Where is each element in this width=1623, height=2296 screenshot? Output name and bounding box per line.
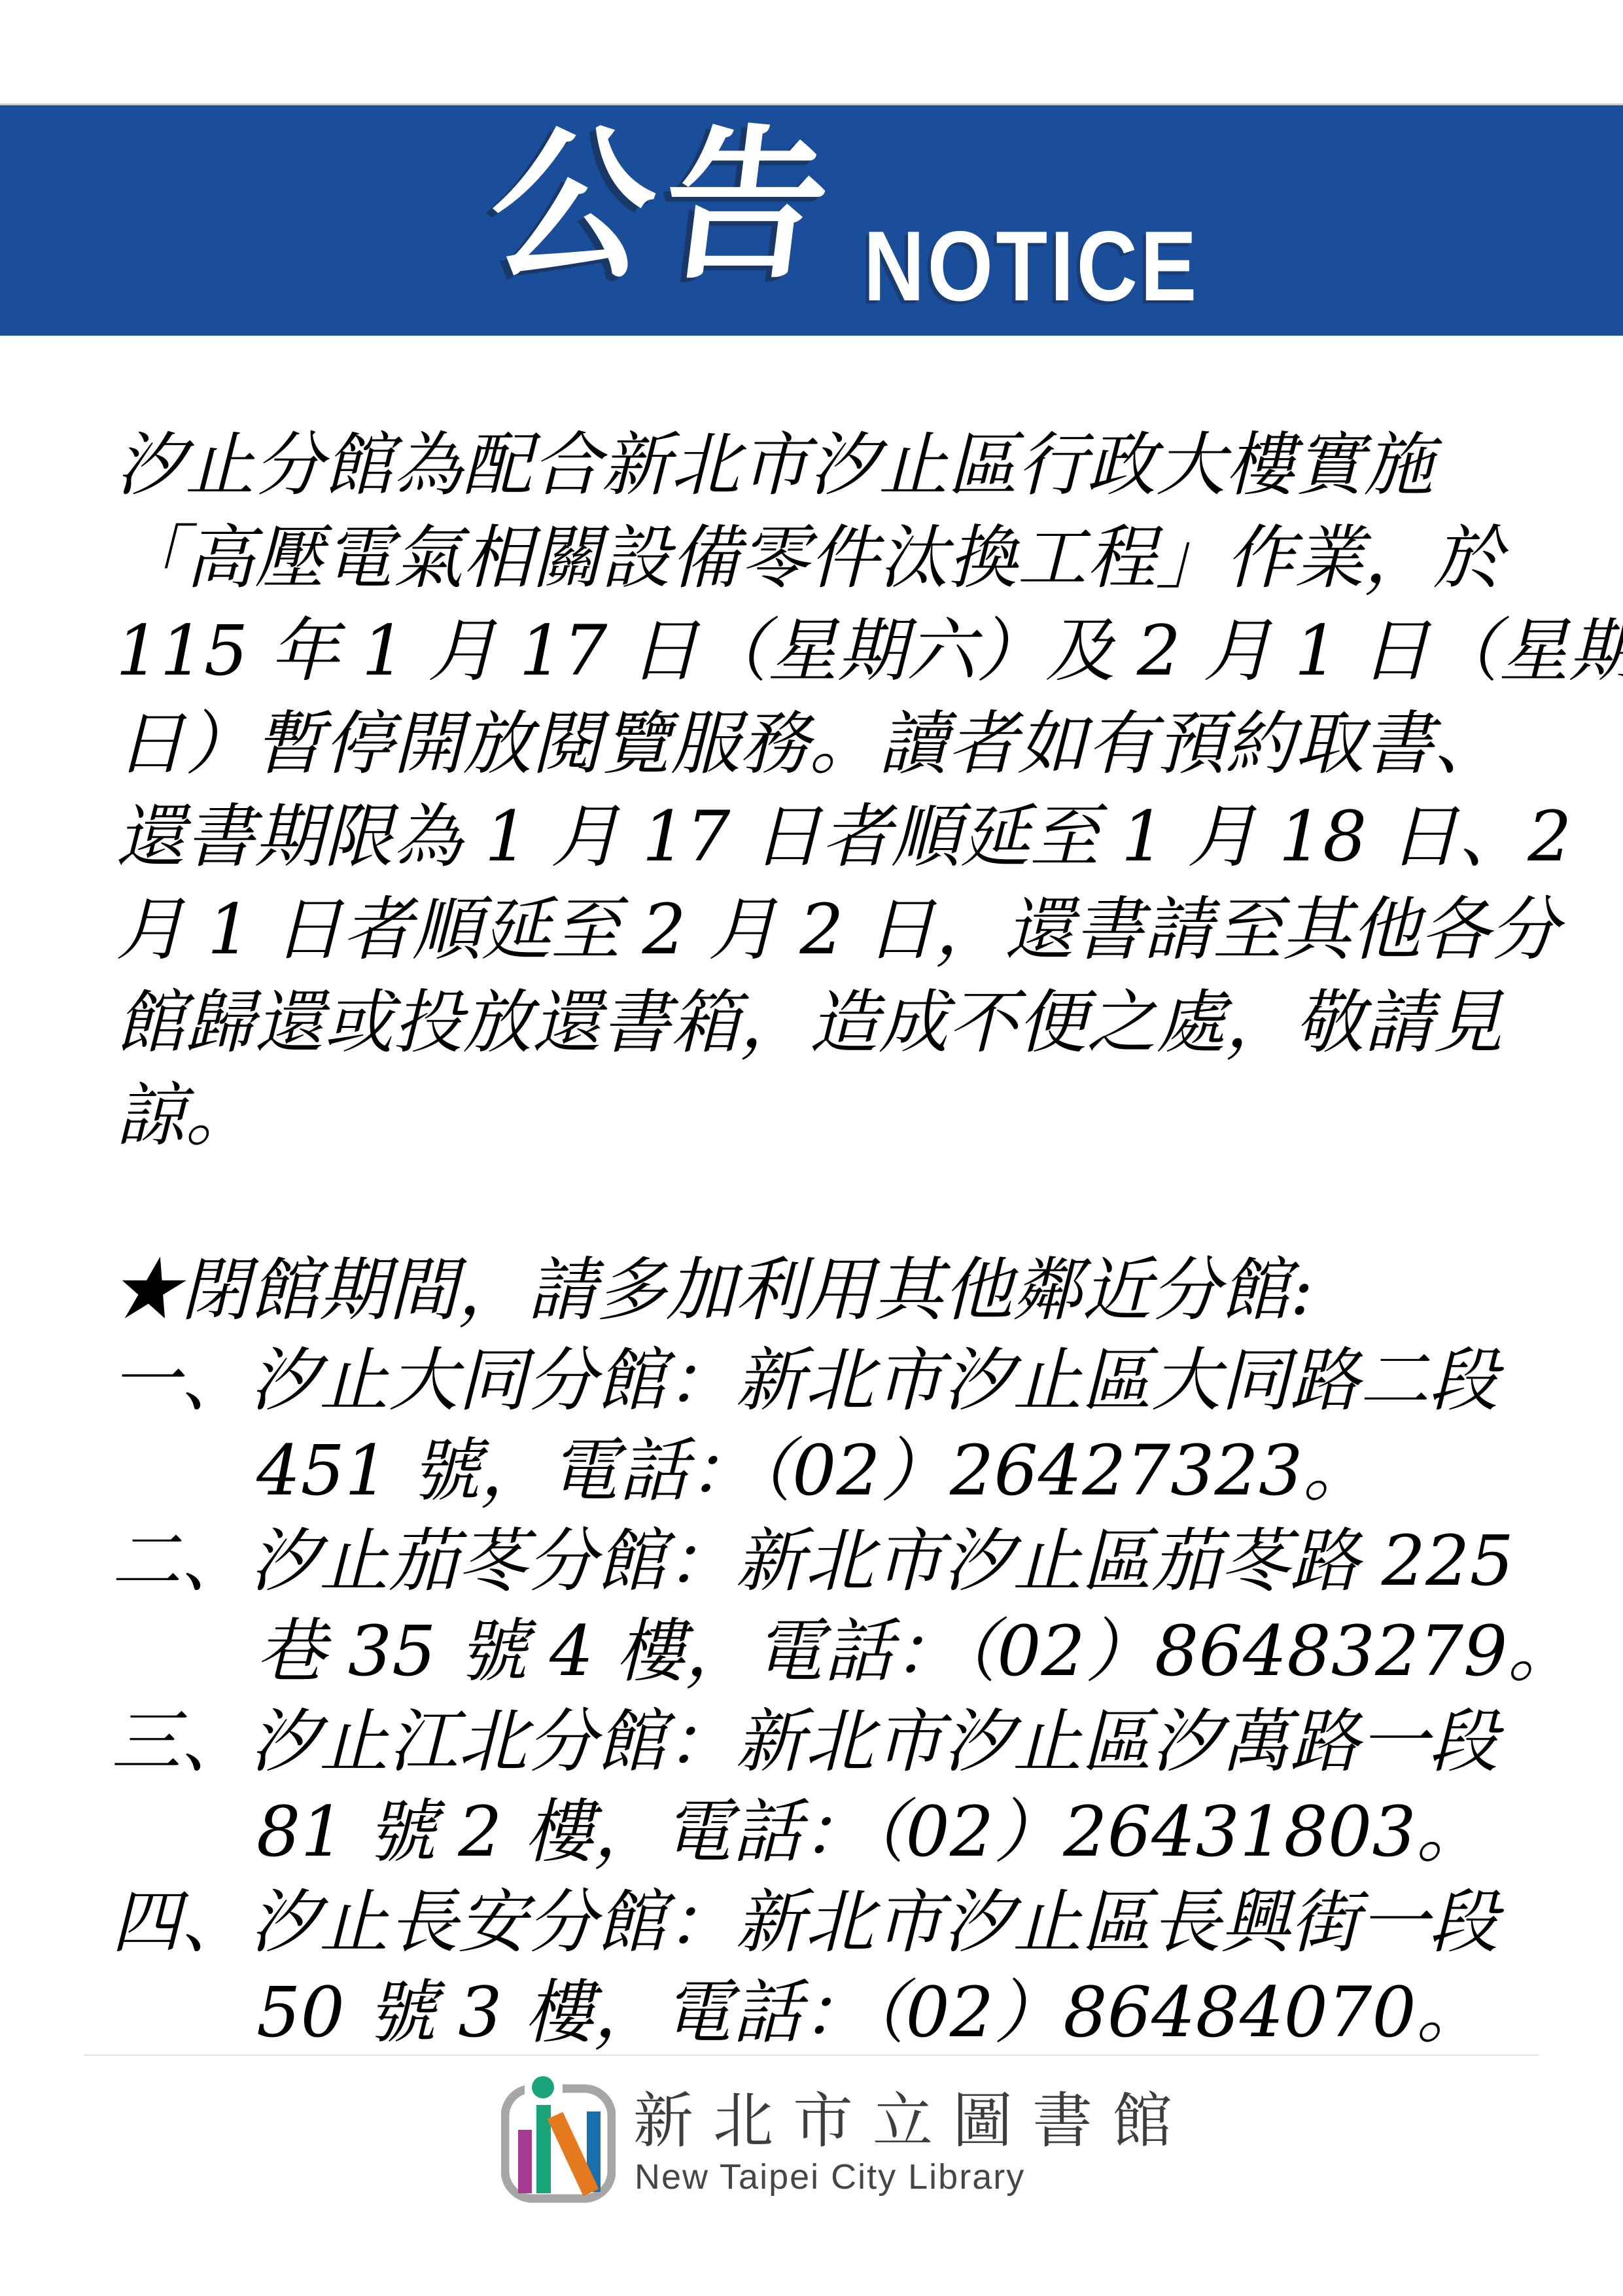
library-name-en: New Taipei City Library [635,2158,1025,2196]
footer-divider [84,2055,1539,2056]
paragraph-line: 還書期限為 1 月 17 日者順延至 1 月 18 日、2 [116,790,1623,883]
branch-line-continuation: 50 號 3 樓，電話：（02）86484070。 [111,1968,1577,2058]
banner-title-cjk: 公告 [481,121,847,291]
branch-line: 四、汐止長安分館：新北市汐止區長興街一段 [111,1877,1577,1968]
closure-header: ★閉館期間，請多加利用其他鄰近分館: [111,1245,1577,1335]
branch-line: 二、汐止茄苳分館：新北市汐止區茄苳路 225 [111,1516,1577,1606]
paragraph-line: 115 年 1 月 17 日（星期六）及 2 月 1 日（星期 [116,605,1623,698]
notice-page: 公告 NOTICE 汐止分館為配合新北市汐止區行政大樓實施 「高壓電氣相關設備零… [0,0,1623,2296]
branch-list: ★閉館期間，請多加利用其他鄰近分館: 一、汐止大同分館：新北市汐止區大同路二段 … [111,1245,1577,2058]
paragraph-line: 月 1 日者順延至 2 月 2 日，還書請至其他各分 [116,883,1623,976]
library-name-cjk: 新北市立圖書館 [633,2090,1192,2153]
branch-line: 三、汐止江北分館：新北市汐止區汐萬路一段 [111,1697,1577,1787]
branch-line-continuation: 451 號，電話：（02）26427323。 [111,1426,1577,1516]
branch-line-continuation: 巷 35 號 4 樓，電話：（02）86483279。 [111,1606,1577,1697]
paragraph-line: 「高壓電氣相關設備零件汰換工程」作業，於 [116,512,1623,605]
paragraph-line: 汐止分館為配合新北市汐止區行政大樓實施 [116,419,1623,512]
notice-banner: 公告 NOTICE [0,103,1623,336]
paragraph-line: 日）暫停開放閱覽服務。讀者如有預約取書、 [116,698,1623,790]
branch-line: 一、汐止大同分館：新北市汐止區大同路二段 [111,1335,1577,1426]
notice-paragraph: 汐止分館為配合新北市汐止區行政大樓實施 「高壓電氣相關設備零件汰換工程」作業，於… [116,419,1623,1162]
paragraph-line: 館歸還或投放還書箱，造成不便之處，敬請見 [116,976,1623,1069]
paragraph-line: 諒。 [116,1069,1623,1162]
branch-line-continuation: 81 號 2 樓，電話：（02）26431803。 [111,1787,1577,1877]
library-logo-icon [501,2075,616,2206]
banner-title-en: NOTICE [864,217,1200,316]
